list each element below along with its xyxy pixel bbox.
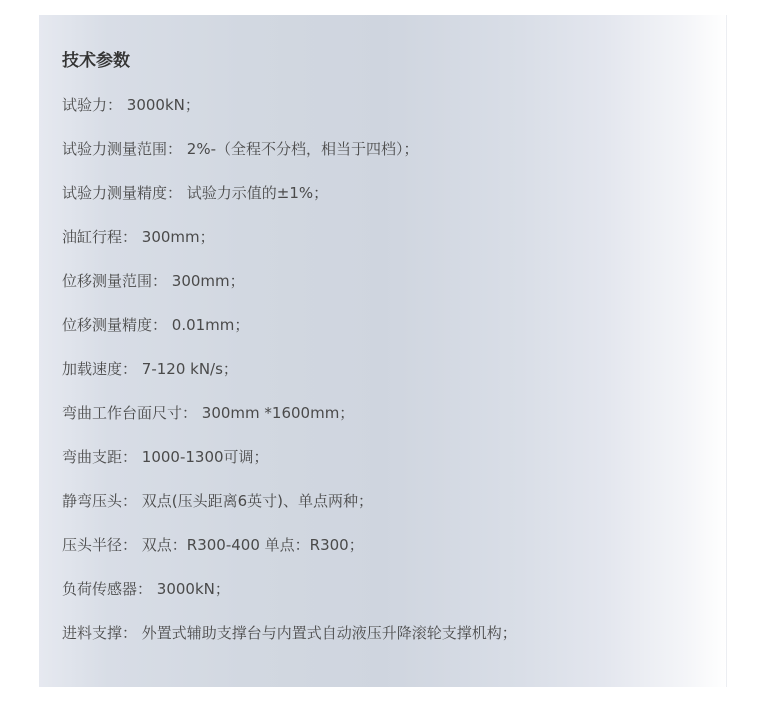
panel-edge bbox=[726, 15, 727, 687]
param-value: 300mm *1600mm； bbox=[197, 404, 354, 422]
param-label: 试验力测量范围： bbox=[62, 140, 182, 158]
param-value: 双点：R300-400 单点：R300； bbox=[137, 536, 364, 554]
param-test-force: 试验力： 3000kN； bbox=[62, 95, 200, 115]
param-value: 300mm； bbox=[167, 272, 245, 290]
param-value: 双点(压头距离6英寸)、单点两种； bbox=[137, 492, 373, 510]
param-value: 1000-1300可调； bbox=[137, 448, 269, 466]
param-label: 压头半径： bbox=[62, 536, 137, 554]
param-label: 油缸行程： bbox=[62, 228, 137, 246]
param-value: 300mm； bbox=[137, 228, 215, 246]
param-feed-support: 进料支撑： 外置式辅助支撑台与内置式自动液压升降滚轮支撑机构； bbox=[62, 623, 517, 643]
param-force-accuracy: 试验力测量精度： 试验力示值的±1%； bbox=[62, 183, 328, 203]
param-value: 3000kN； bbox=[122, 96, 200, 114]
param-label: 静弯压头： bbox=[62, 492, 137, 510]
param-displacement-accuracy: 位移测量精度： 0.01mm； bbox=[62, 315, 249, 335]
param-bending-table-size: 弯曲工作台面尺寸： 300mm *1600mm； bbox=[62, 403, 354, 423]
param-value: 7-120 kN/s； bbox=[137, 360, 238, 378]
param-label: 进料支撑： bbox=[62, 624, 137, 642]
param-load-sensor: 负荷传感器： 3000kN； bbox=[62, 579, 230, 599]
param-label: 位移测量精度： bbox=[62, 316, 167, 334]
param-label: 负荷传感器： bbox=[62, 580, 152, 598]
param-label: 弯曲工作台面尺寸： bbox=[62, 404, 197, 422]
param-value: 0.01mm； bbox=[167, 316, 249, 334]
param-static-bending-head: 静弯压头： 双点(压头距离6英寸)、单点两种； bbox=[62, 491, 373, 511]
param-label: 试验力测量精度： bbox=[62, 184, 182, 202]
param-value: 试验力示值的±1%； bbox=[182, 184, 328, 202]
param-label: 位移测量范围： bbox=[62, 272, 167, 290]
param-loading-speed: 加载速度： 7-120 kN/s； bbox=[62, 359, 238, 379]
param-cylinder-stroke: 油缸行程： 300mm； bbox=[62, 227, 215, 247]
param-label: 加载速度： bbox=[62, 360, 137, 378]
param-value: 外置式辅助支撑台与内置式自动液压升降滚轮支撑机构； bbox=[137, 624, 517, 642]
param-label: 弯曲支距： bbox=[62, 448, 137, 466]
param-value: 2%-（全程不分档，相当于四档）； bbox=[182, 140, 418, 158]
param-head-radius: 压头半径： 双点：R300-400 单点：R300； bbox=[62, 535, 364, 555]
param-label: 试验力： bbox=[62, 96, 122, 114]
param-force-range: 试验力测量范围： 2%-（全程不分档，相当于四档）； bbox=[62, 139, 419, 159]
tech-params-panel: 技术参数 试验力： 3000kN； 试验力测量范围： 2%-（全程不分档，相当于… bbox=[39, 15, 727, 687]
param-displacement-range: 位移测量范围： 300mm； bbox=[62, 271, 245, 291]
section-title: 技术参数 bbox=[62, 50, 130, 72]
param-value: 3000kN； bbox=[152, 580, 230, 598]
param-bending-span: 弯曲支距： 1000-1300可调； bbox=[62, 447, 269, 467]
